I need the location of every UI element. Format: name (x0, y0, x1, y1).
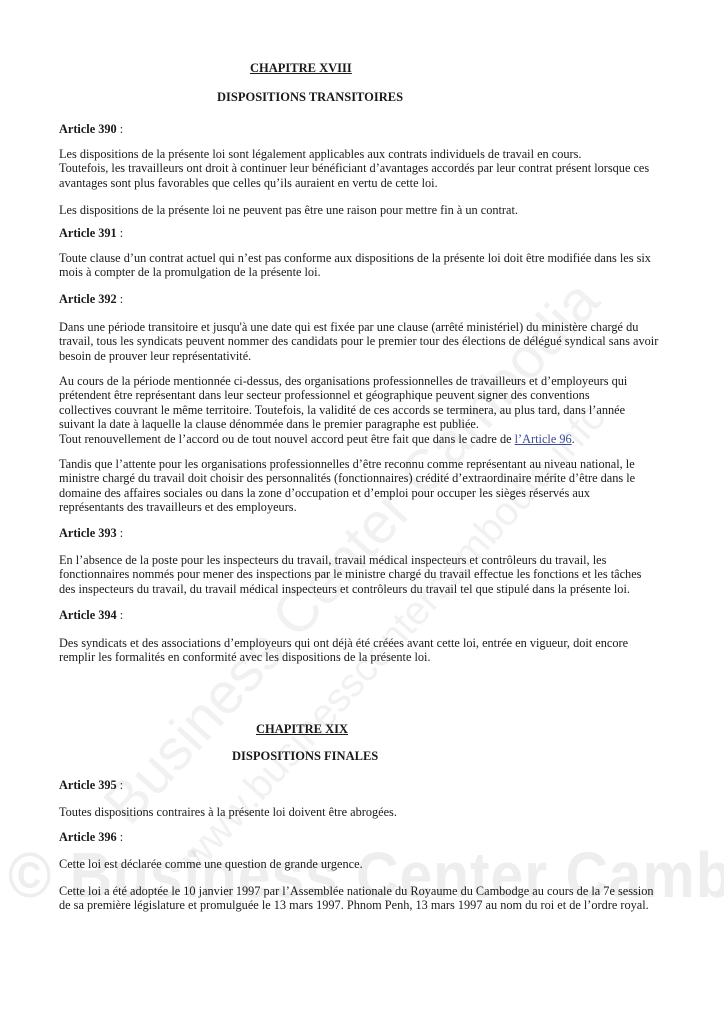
paragraph: Tandis que l’attente pour les organisati… (59, 457, 699, 515)
chapter-subtitle: DISPOSITIONS FINALES (232, 749, 378, 764)
text-line: mois à compter de la promulgation de la … (59, 265, 699, 279)
article-label: Article 391 (59, 226, 117, 240)
article-label: Article 392 (59, 292, 117, 306)
text-line: avantages sont plus favorables que celle… (59, 176, 699, 190)
article-sep: : (117, 778, 124, 792)
text-line: Cette loi a été adoptée le 10 janvier 19… (59, 884, 699, 898)
paragraph: Les dispositions de la présente loi sont… (59, 147, 699, 190)
article-label: Article 396 (59, 830, 117, 844)
text-line: Les dispositions de la présente loi sont… (59, 147, 699, 161)
chapter-subtitle: DISPOSITIONS TRANSITOIRES (217, 90, 403, 105)
text-line: Les dispositions de la présente loi ne p… (59, 203, 699, 217)
article-sep: : (117, 526, 124, 540)
article-sep: : (117, 830, 124, 844)
article-heading: Article 390 : (59, 122, 123, 136)
text-line: Au cours de la période mentionnée ci-des… (59, 374, 699, 388)
text-line: travail, tous les syndicats peuvent nomm… (59, 334, 699, 348)
article-label: Article 393 (59, 526, 117, 540)
paragraph: Cette loi est déclarée comme une questio… (59, 857, 699, 871)
text-line: En l’absence de la poste pour les inspec… (59, 553, 699, 567)
article-label: Article 395 (59, 778, 117, 792)
text-line: ministre chargé du travail doit choisir … (59, 471, 699, 485)
article-sep: : (117, 122, 124, 136)
paragraph: Des syndicats et des associations d’empl… (59, 636, 699, 665)
text-line: Tandis que l’attente pour les organisati… (59, 457, 699, 471)
paragraph: Les dispositions de la présente loi ne p… (59, 203, 699, 217)
paragraph: En l’absence de la poste pour les inspec… (59, 553, 699, 596)
paragraph: Toutes dispositions contraires à la prés… (59, 805, 699, 819)
article-heading: Article 394 : (59, 608, 123, 622)
text-line: des inspecteurs du travail, du travail m… (59, 582, 699, 596)
text-line: besoin de prouver leur représentativité. (59, 349, 699, 363)
article-sep: : (117, 226, 124, 240)
document-page: Business Center Cambodia www.businesscen… (0, 0, 724, 1024)
article-label: Article 390 (59, 122, 117, 136)
text-line: domaine des affaires sociales ou dans la… (59, 486, 699, 500)
chapter-title: CHAPITRE XIX (256, 722, 348, 737)
text-line: Toute clause d’un contrat actuel qui n’e… (59, 251, 699, 265)
article-sep: : (117, 292, 124, 306)
text-line: fonctionnaires nommés pour mener des ins… (59, 567, 699, 581)
text-line: suivant la date à laquelle la clause dén… (59, 417, 699, 431)
article-heading: Article 395 : (59, 778, 123, 792)
text-line: de sa première législature et promulguée… (59, 898, 699, 912)
article-96-link[interactable]: l’Article 96 (515, 432, 572, 446)
article-heading: Article 393 : (59, 526, 123, 540)
article-label: Article 394 (59, 608, 117, 622)
chapter-title: CHAPITRE XVIII (250, 61, 352, 76)
article-heading: Article 396 : (59, 830, 123, 844)
text-line: Dans une période transitoire et jusqu'à … (59, 320, 699, 334)
paragraph: Cette loi a été adoptée le 10 janvier 19… (59, 884, 699, 913)
paragraph: Toute clause d’un contrat actuel qui n’e… (59, 251, 699, 280)
article-heading: Article 392 : (59, 292, 123, 306)
paragraph: Dans une période transitoire et jusqu'à … (59, 320, 699, 363)
article-heading: Article 391 : (59, 226, 123, 240)
text-line: Toutes dispositions contraires à la prés… (59, 805, 699, 819)
text-line: Tout renouvellement de l’accord ou de to… (59, 432, 699, 446)
paragraph: Au cours de la période mentionnée ci-des… (59, 374, 699, 446)
text-line: prétendent être représentant dans leur s… (59, 388, 699, 402)
text-line: remplir les formalités en conformité ave… (59, 650, 699, 664)
text-line: représentants des travailleurs et des em… (59, 500, 699, 514)
text-line: collectives couvrant le même territoire.… (59, 403, 699, 417)
text-line: Cette loi est déclarée comme une questio… (59, 857, 699, 871)
text-line: Des syndicats et des associations d’empl… (59, 636, 699, 650)
text-line: Toutefois, les travailleurs ont droit à … (59, 161, 699, 175)
article-sep: : (117, 608, 124, 622)
